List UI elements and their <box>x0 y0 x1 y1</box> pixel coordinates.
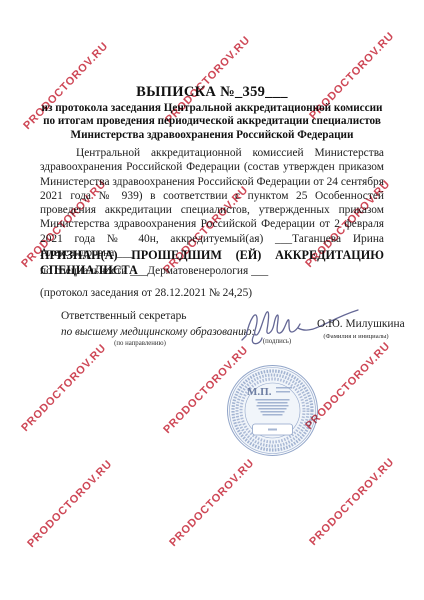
watermark: PRODOCTOROV.RU <box>25 458 114 550</box>
protocol-line: (протокол заседания от 28.12.2021 № 24,2… <box>40 287 252 299</box>
secretary-role-line: Ответственный секретарь <box>61 310 186 322</box>
round-seal-stamp: М.П. <box>224 362 321 459</box>
secretary-name: О.Ю. Милушкина <box>317 318 405 330</box>
subtitle-line: из протокола заседания Центральной аккре… <box>0 102 424 115</box>
signature-stroke <box>242 312 300 340</box>
subtitle-line: Министерства здравоохранения Российской … <box>0 129 424 142</box>
subtitle-line: по итогам проведения периодической аккре… <box>0 115 424 128</box>
watermark: PRODOCTOROV.RU <box>167 457 256 549</box>
watermark: PRODOCTOROV.RU <box>307 456 396 548</box>
accreditation-extract-document: ВЫПИСКА №_359___ из протокола заседания … <box>0 0 424 600</box>
watermark: PRODOCTOROV.RU <box>19 342 108 434</box>
specialty-line: по специальности ___Дерматовенерология _… <box>40 265 268 277</box>
stamp-mp-label: М.П. <box>247 386 272 398</box>
signature-note-label: (подпись) <box>252 338 302 345</box>
secretary-direction-line: по высшему медицинскому образованию: <box>61 326 255 338</box>
document-subtitle: из протокола заседания Центральной аккре… <box>0 102 424 142</box>
